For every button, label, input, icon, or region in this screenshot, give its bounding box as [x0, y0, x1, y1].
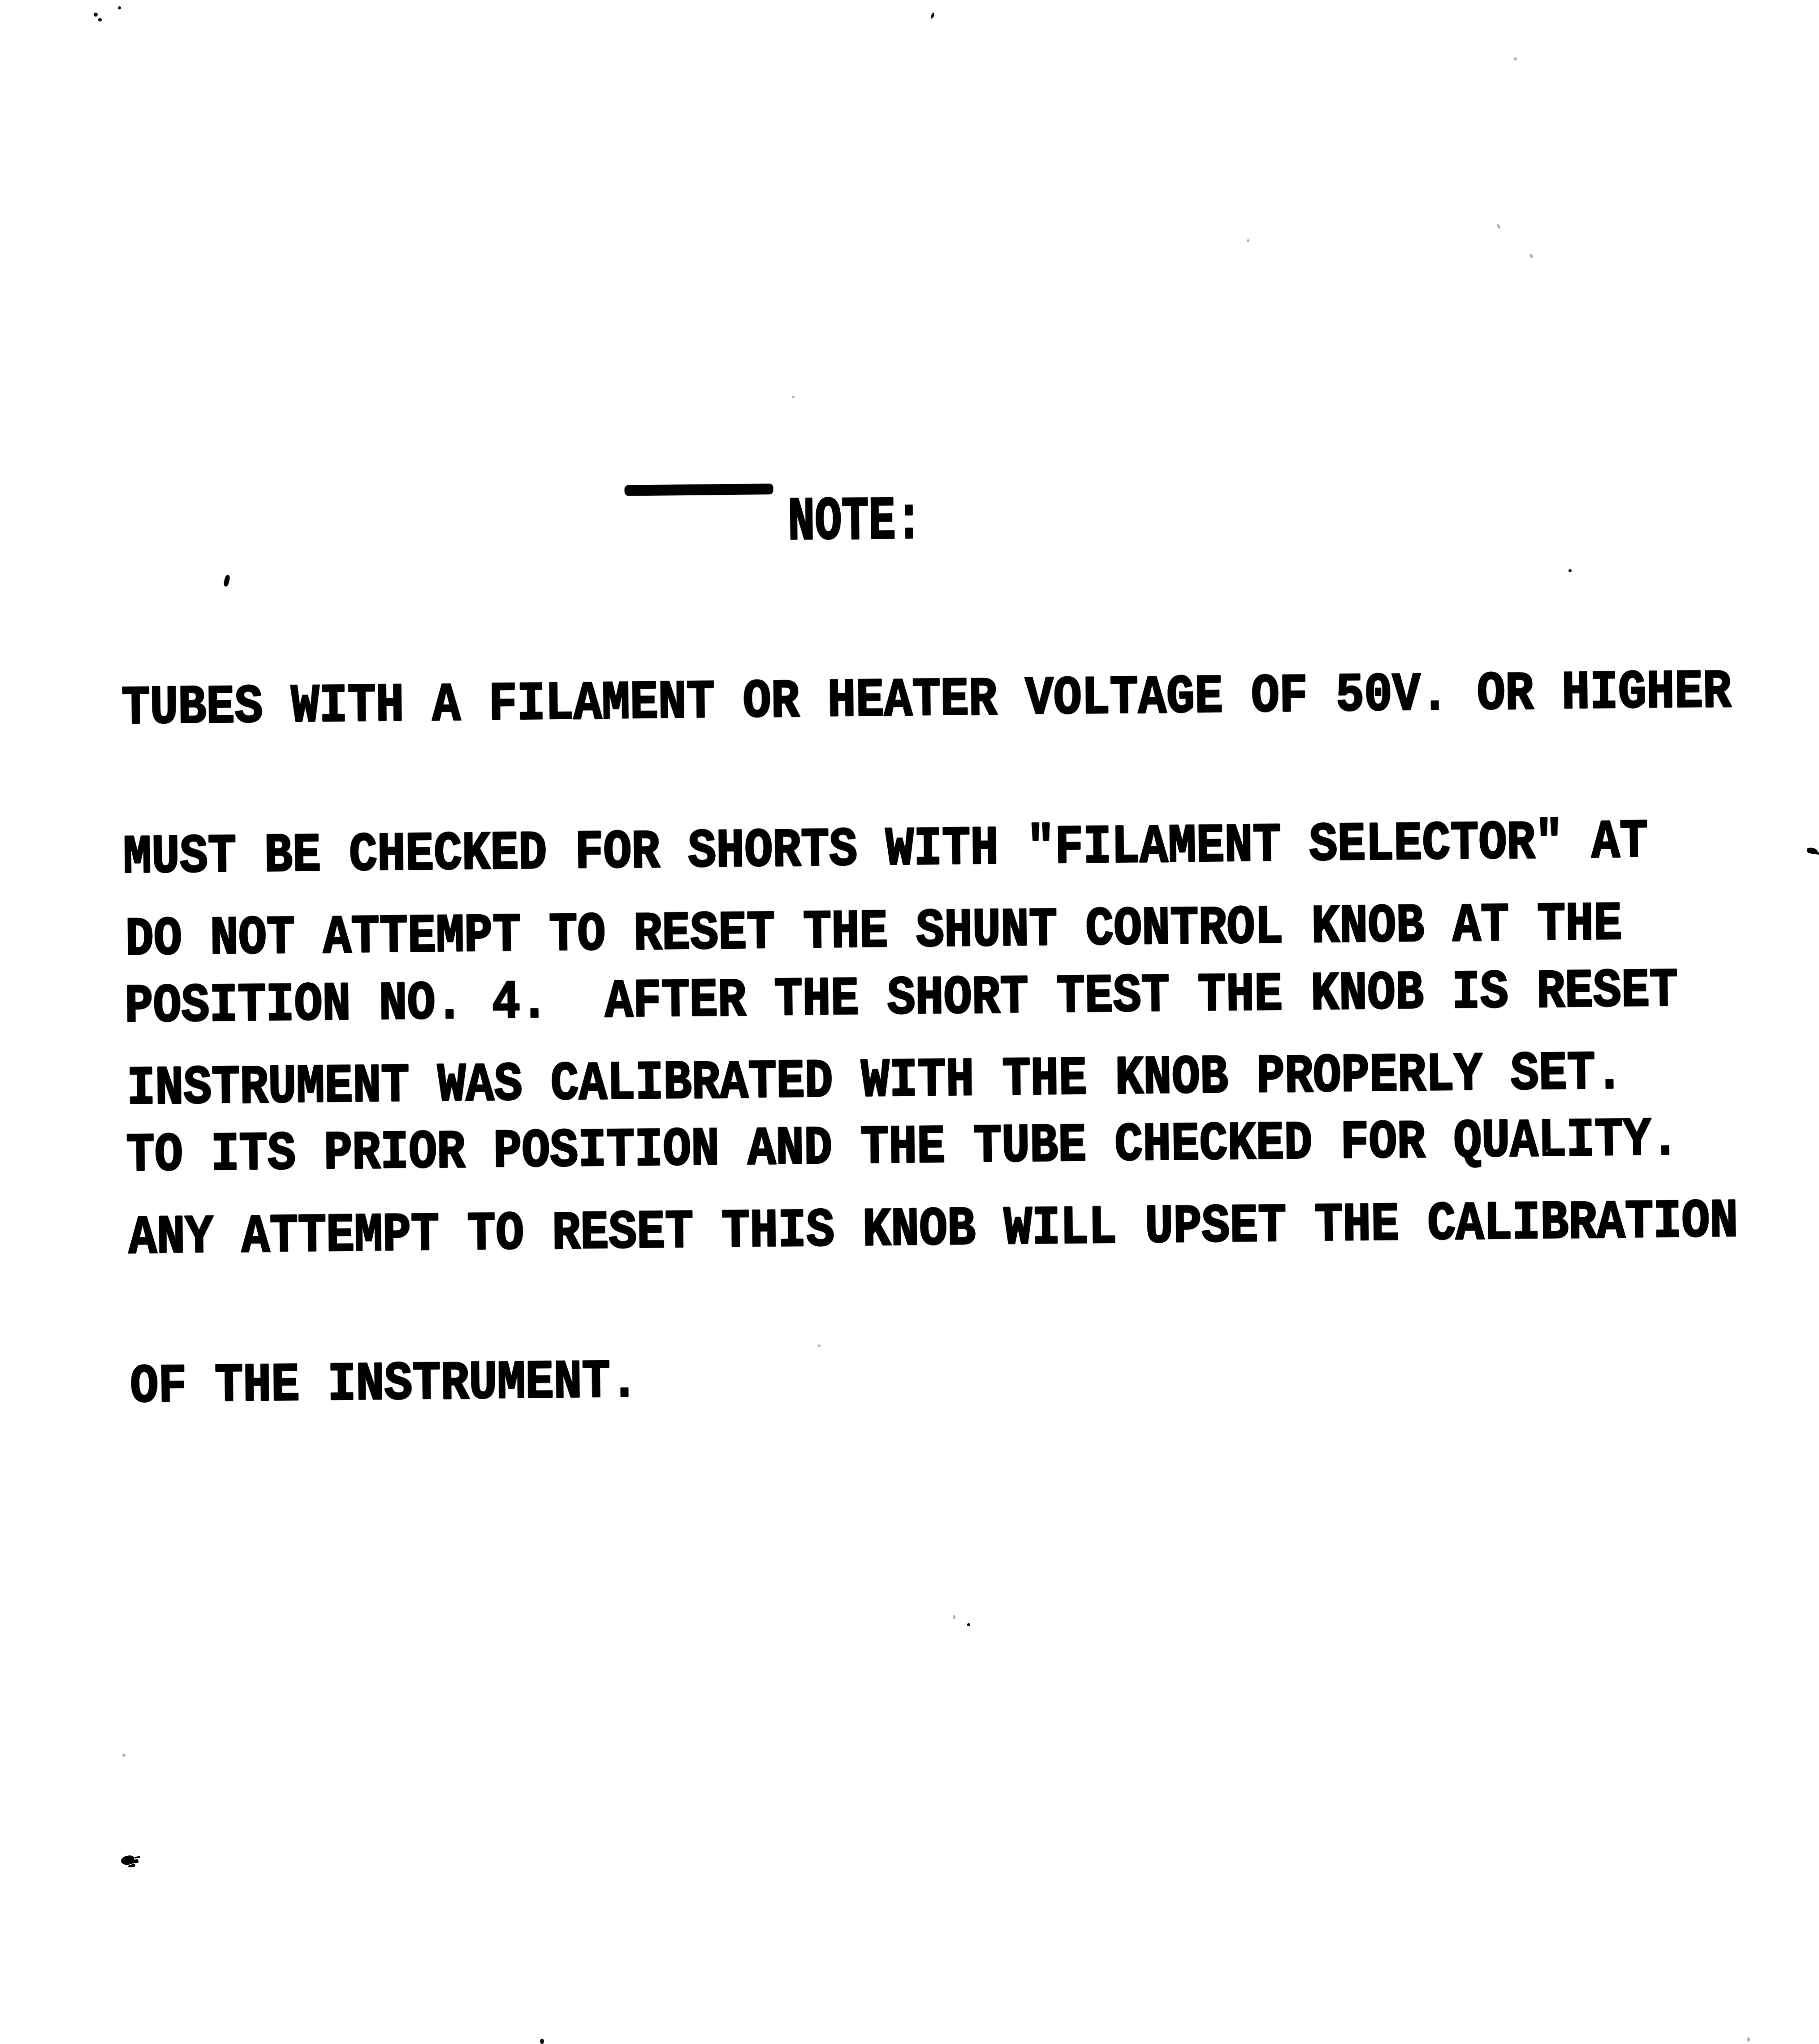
- ink-speck: [1747, 2037, 1750, 2042]
- note-heading-underline: [624, 484, 773, 495]
- text-line: INSTRUMENT WAS CALIBRATED WITH THE KNOB …: [127, 1048, 1737, 1114]
- text-line: OF THE INSTRUMENT.: [130, 1346, 1740, 1412]
- text-line: ANY ATTEMPT TO RESET THIS KNOB WILL UPSE…: [128, 1197, 1738, 1263]
- ink-speck: [94, 13, 98, 17]
- scanned-document-page: NOTE: TUBES WITH A FILAMENT OR HEATER VO…: [0, 0, 1819, 2044]
- typewritten-text-block: NOTE: TUBES WITH A FILAMENT OR HEATER VO…: [0, 0, 1819, 2044]
- ink-speck: [1247, 239, 1249, 242]
- ink-speck: [818, 1344, 821, 1347]
- text-line: TUBES WITH A FILAMENT OR HEATER VOLTAGE …: [121, 667, 1732, 734]
- ink-speck: [1546, 1149, 1548, 1152]
- ink-speck: [118, 6, 121, 9]
- note-heading-text: NOTE:: [788, 488, 923, 558]
- ink-speck: [98, 18, 102, 22]
- ink-speck: [122, 1754, 125, 1757]
- ink-speck: [1568, 569, 1572, 572]
- ink-speck: [967, 1623, 970, 1626]
- ink-speck: [792, 396, 795, 398]
- ink-speck: [953, 1615, 955, 1619]
- ink-speck: [1514, 57, 1517, 60]
- ink-speck: [540, 2039, 544, 2044]
- text-line: DO NOT ATTEMPT TO RESET THE SHUNT CONTRO…: [125, 899, 1735, 965]
- paragraph-shunt-warning: DO NOT ATTEMPT TO RESET THE SHUNT CONTRO…: [124, 799, 1741, 1512]
